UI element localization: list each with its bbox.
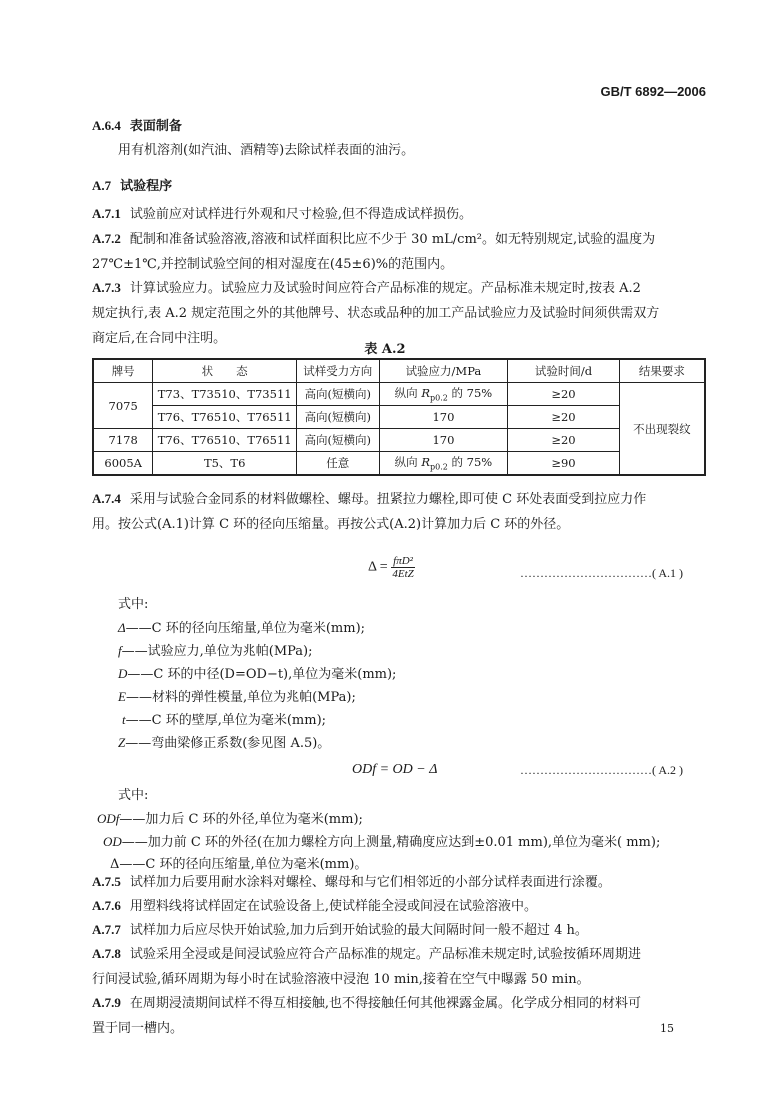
table-row: 6005A T5、T6 任意 纵向 Rp0.2 的 75% ≥90	[93, 452, 705, 476]
cell-direction: 高向(短横向)	[296, 383, 379, 406]
cell-temper: T5、T6	[153, 452, 297, 476]
section-text: 计算试验应力。试验应力及试验时间应符合产品标准的规定。产品标准未规定时,按表 A…	[130, 281, 641, 296]
header-result: 结果要求	[619, 359, 705, 383]
section-title: 表面制备	[130, 119, 182, 134]
cell-direction: 高向(短横向)	[296, 429, 379, 452]
cell-stress: 170	[379, 406, 508, 429]
cell-temper: T76、T76510、T76511	[153, 406, 297, 429]
section-a72: A.7.2配制和准备试验溶液,溶液和试样面积比应不少于 30 mL/cm²。如无…	[92, 226, 708, 277]
cell-temper: T76、T76510、T76511	[153, 429, 297, 452]
where2-intro: 式中:	[118, 785, 148, 807]
cell-time: ≥20	[508, 406, 620, 429]
where1-item: t——C 环的壁厚,单位为毫米(mm);	[122, 709, 326, 732]
formula-a1: Δ = fπD² 4EtZ	[368, 555, 415, 580]
section-a77: A.7.7试样加力后应尽快开始试验,加力后到开始试验的最大间隔时间一般不超过 4…	[92, 917, 708, 943]
header-direction: 试样受力方向	[296, 359, 379, 383]
section-a7-heading: A.7试验程序	[92, 173, 708, 199]
formula-a1-label: ……………………………( A.1 )	[520, 566, 683, 581]
section-a74: A.7.4采用与试验合金同系的材料做螺栓、螺母。扭紧拉力螺栓,即可使 C 环处表…	[92, 486, 708, 537]
section-number: A.7	[92, 178, 111, 193]
table-caption: 表 A.2	[0, 338, 770, 357]
section-a78: A.7.8试验采用全浸或是间浸试验应符合产品标准的规定。产品标准未规定时,试验按…	[92, 941, 708, 992]
header-grade: 牌号	[93, 359, 153, 383]
cell-time: ≥90	[508, 452, 620, 476]
leader-dots: ……………………………	[520, 566, 652, 580]
where1-item: Δ——C 环的径向压缩量,单位为毫米(mm);	[118, 617, 365, 640]
formula-a2-label: ……………………………( A.2 )	[520, 763, 683, 778]
section-text: 用。按公式(A.1)计算 C 环的径向压缩量。再按公式(A.2)计算加力后 C …	[92, 512, 708, 537]
leader-dots: ……………………………	[520, 763, 652, 777]
header-stress: 试验应力/MPa	[379, 359, 508, 383]
section-text: 规定执行,表 A.2 规定范围之外的其他牌号、状态或品种的加工产品试验应力及试验…	[92, 301, 708, 326]
page-number: 15	[660, 1022, 674, 1035]
standard-code: GB/T 6892—2006	[0, 84, 706, 99]
section-a64-heading: A.6.4表面制备	[92, 113, 708, 139]
section-number: A.7.2	[92, 231, 121, 246]
equation-number: ( A.1 )	[652, 566, 683, 580]
cell-result: 不出现裂纹	[619, 383, 705, 476]
where2-item: OD——加力前 C 环的外径(在加力螺栓方向上测量,精确度应达到±0.01 mm…	[103, 831, 660, 854]
section-text: 试验前应对试样进行外观和尺寸检验,但不得造成试样损伤。	[130, 207, 472, 222]
where1-item: f——试验应力,单位为兆帕(MPa);	[118, 640, 313, 663]
section-a79: A.7.9在周期浸渍期间试样不得互相接触,也不得接触任何其他裸露金属。化学成分相…	[92, 990, 708, 1041]
formula-fraction: fπD² 4EtZ	[391, 555, 415, 580]
section-a64-text: 用有机溶剂(如汽油、酒精等)去除试样表面的油污。	[92, 138, 734, 163]
cell-direction: 高向(短横向)	[296, 406, 379, 429]
table-header-row: 牌号 状 态 试样受力方向 试验应力/MPa 试验时间/d 结果要求	[93, 359, 705, 383]
cell-time: ≥20	[508, 429, 620, 452]
section-a75: A.7.5试样加力后要用耐水涂料对螺栓、螺母和与它们相邻近的小部分试样表面进行涂…	[92, 869, 708, 895]
section-number: A.7.3	[92, 280, 121, 295]
header-temper: 状 态	[153, 359, 297, 383]
section-number: A.7.1	[92, 206, 121, 221]
where2-item: ODf——加力后 C 环的外径,单位为毫米(mm);	[97, 808, 363, 831]
section-title: 试验程序	[120, 179, 172, 194]
table-row: T76、T76510、T76511 高向(短横向) 170 ≥20	[93, 406, 705, 429]
cell-grade: 6005A	[93, 452, 153, 476]
cell-stress: 170	[379, 429, 508, 452]
table-row: 7178 T76、T76510、T76511 高向(短横向) 170 ≥20	[93, 429, 705, 452]
where1-item: D——C 环的中径(D=OD−t),单位为毫米(mm);	[118, 663, 396, 686]
section-a71: A.7.1试验前应对试样进行外观和尺寸检验,但不得造成试样损伤。	[92, 201, 708, 227]
section-a76: A.7.6用塑料线将试样固定在试验设备上,使试样能全浸或间浸在试验溶液中。	[92, 893, 708, 919]
cell-grade: 7178	[93, 429, 153, 452]
table-a2: 牌号 状 态 试样受力方向 试验应力/MPa 试验时间/d 结果要求 7075 …	[92, 358, 706, 476]
section-text: 27℃±1℃,并控制试验空间的相对湿度在(45±6)%的范围内。	[92, 252, 708, 277]
section-number: A.7.4	[92, 491, 121, 506]
header-time: 试验时间/d	[508, 359, 620, 383]
where1-intro: 式中:	[118, 594, 148, 616]
where1-item: Z——弯曲梁修正系数(参见图 A.5)。	[118, 732, 330, 755]
cell-time: ≥20	[508, 383, 620, 406]
equation-number: ( A.2 )	[652, 763, 683, 777]
cell-temper: T73、T73510、T73511	[153, 383, 297, 406]
section-text: 配制和准备试验溶液,溶液和试样面积比应不少于 30 mL/cm²。如无特别规定,…	[130, 232, 655, 247]
cell-stress: 纵向 Rp0.2 的 75%	[379, 452, 508, 476]
numerator: fπD²	[391, 555, 415, 568]
cell-stress: 纵向 Rp0.2 的 75%	[379, 383, 508, 406]
section-text: 采用与试验合金同系的材料做螺栓、螺母。扭紧拉力螺栓,即可使 C 环处表面受到拉应…	[130, 492, 646, 507]
formula-a2: ODf = OD − Δ	[352, 762, 437, 778]
table-row: 7075 T73、T73510、T73511 高向(短横向) 纵向 Rp0.2 …	[93, 383, 705, 406]
cell-direction: 任意	[296, 452, 379, 476]
denominator: 4EtZ	[391, 568, 415, 580]
formula-lhs: Δ =	[368, 560, 388, 575]
where1-item: E——材料的弹性模量,单位为兆帕(MPa);	[118, 686, 356, 709]
section-number: A.6.4	[92, 118, 121, 133]
cell-grade: 7075	[93, 383, 153, 429]
